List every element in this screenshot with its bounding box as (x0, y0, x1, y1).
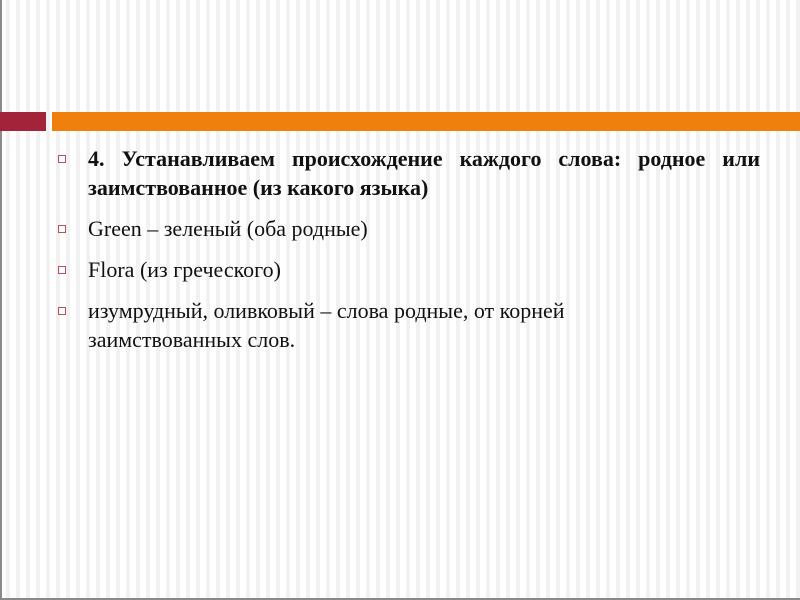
hollow-square-icon (58, 266, 66, 274)
accent-block (0, 112, 46, 131)
hollow-square-icon (58, 307, 66, 315)
list-item: 4. Устанавливаем происхождение каждого с… (58, 144, 760, 202)
bullet-text: Green – зеленый (оба родные) (88, 216, 368, 241)
bullet-list: 4. Устанавливаем происхождение каждого с… (58, 144, 760, 366)
list-item: Flora (из греческого) (58, 255, 760, 284)
hollow-square-icon (58, 155, 66, 163)
bullet-text: 4. Устанавливаем происхождение каждого с… (88, 146, 760, 200)
list-item: Green – зеленый (оба родные) (58, 214, 760, 243)
list-item: изумрудный, оливковый – слова родные, от… (58, 296, 688, 354)
bullet-text: изумрудный, оливковый – слова родные, от… (88, 298, 565, 352)
hollow-square-icon (58, 225, 66, 233)
accent-bar (52, 112, 800, 131)
bullet-text: Flora (из греческого) (88, 257, 281, 282)
